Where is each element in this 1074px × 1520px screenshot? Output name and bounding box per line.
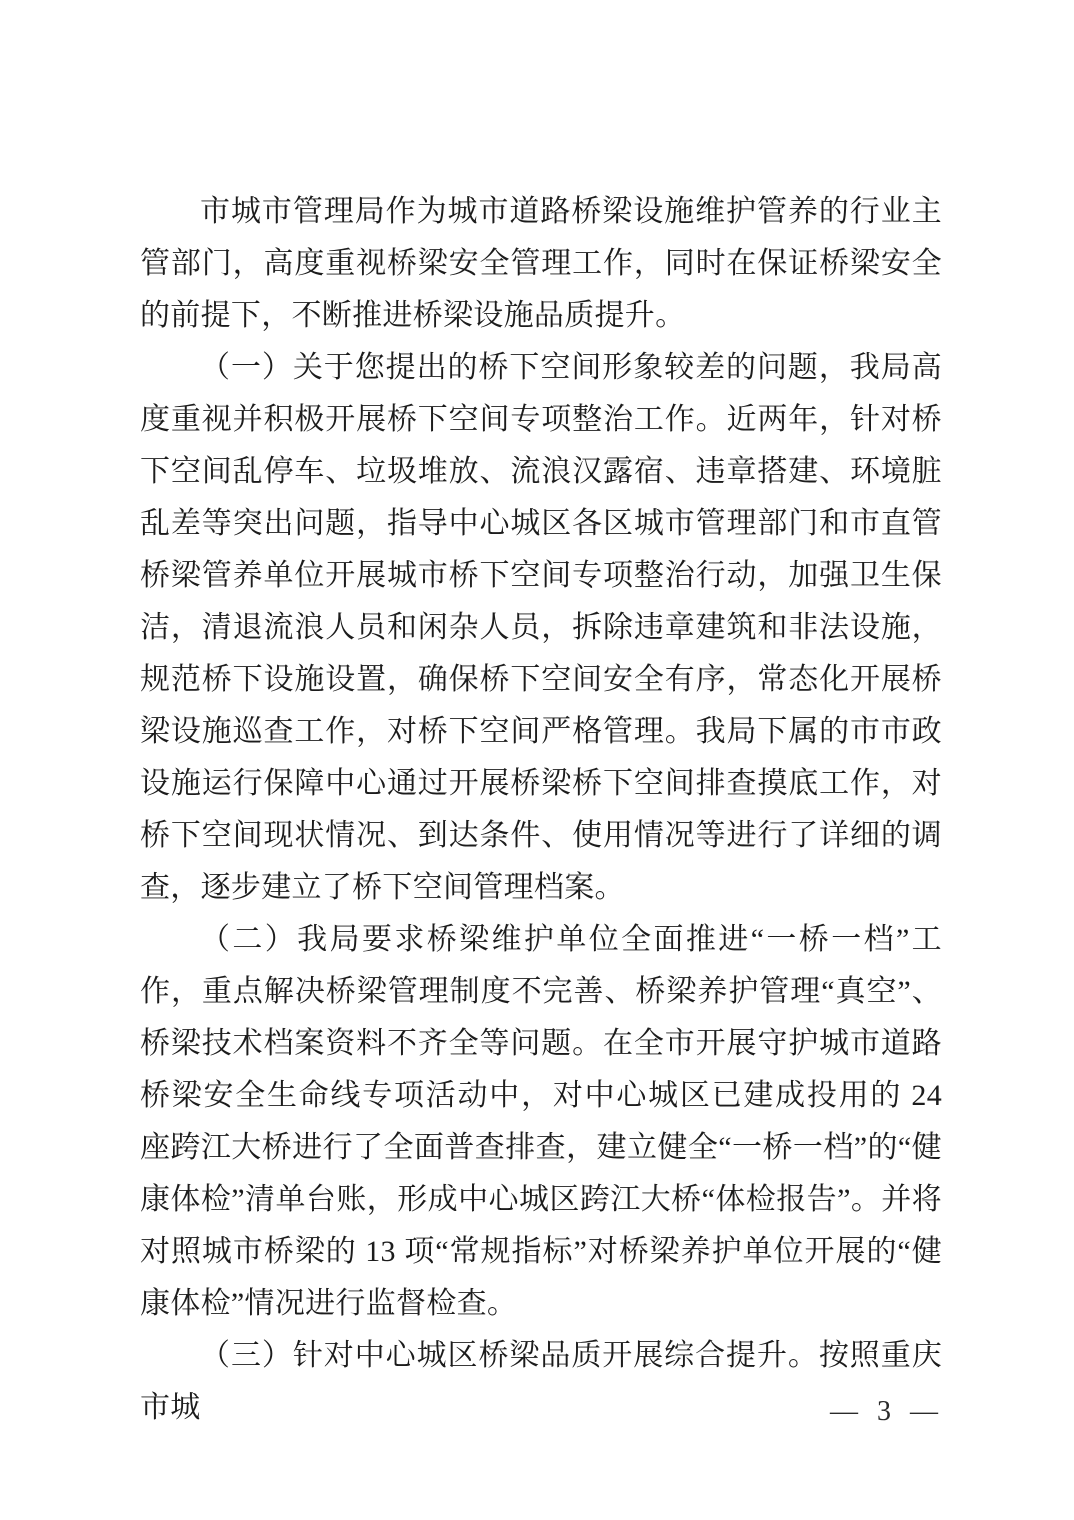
paragraph-item-three: （三）针对中心城区桥梁品质开展综合提升。按照重庆市城 <box>140 1330 942 1434</box>
document-page: 市城市管理局作为城市道路桥梁设施维护管养的行业主管部门，高度重视桥梁安全管理工作… <box>0 0 1074 1520</box>
page-footer: — 3 — <box>830 1396 944 1428</box>
page-number: — 3 — <box>830 1396 944 1427</box>
paragraph-item-two: （二）我局要求桥梁维护单位全面推进“一桥一档”工作，重点解决桥梁管理制度不完善、… <box>140 914 942 1330</box>
paragraph-intro: 市城市管理局作为城市道路桥梁设施维护管养的行业主管部门，高度重视桥梁安全管理工作… <box>140 186 942 342</box>
document-body: 市城市管理局作为城市道路桥梁设施维护管养的行业主管部门，高度重视桥梁安全管理工作… <box>140 186 942 1434</box>
paragraph-item-one: （一）关于您提出的桥下空间形象较差的问题，我局高度重视并积极开展桥下空间专项整治… <box>140 342 942 914</box>
